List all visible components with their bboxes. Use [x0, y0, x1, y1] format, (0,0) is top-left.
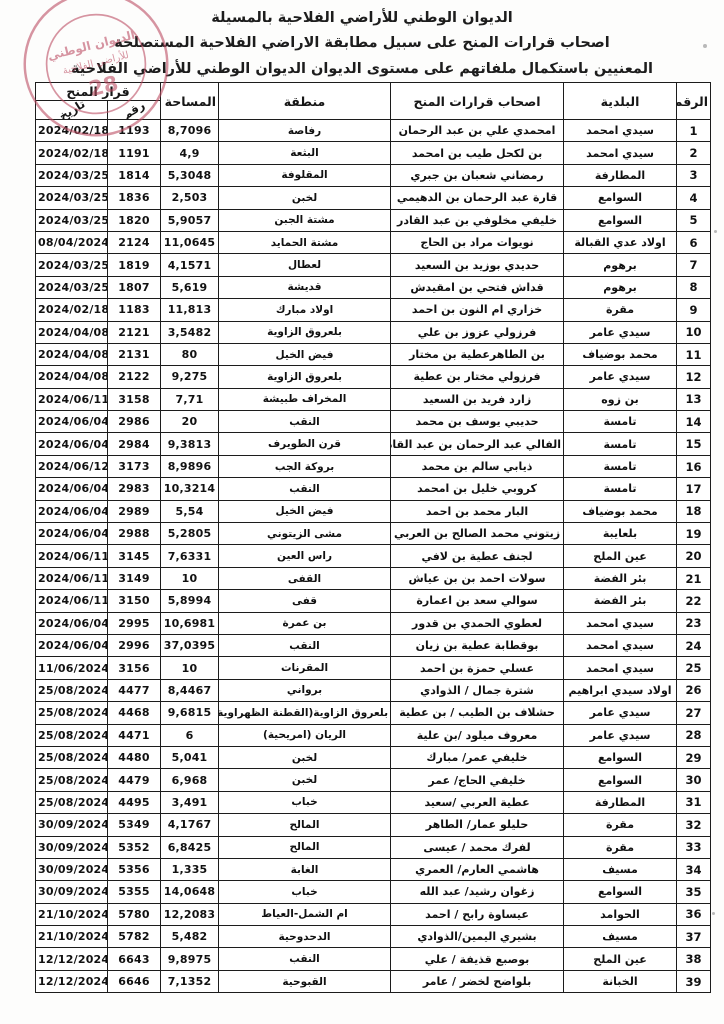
cell-decision-date: 2024/06/11 [36, 567, 108, 589]
cell-decision-date: 30/09/2024 [36, 881, 108, 903]
cell-decision-number: 1193 [108, 120, 161, 142]
table-row: 24سيدي امحمدبوقطابة عطية بن زيانالنقب37,… [36, 634, 711, 656]
cell-decision-number: 5355 [108, 881, 161, 903]
cell-municipality: تامسة [564, 455, 677, 477]
cell-owner-name: عيساوة رابح / احمد [391, 903, 564, 925]
cell-decision-number: 5782 [108, 926, 161, 948]
scan-speckle [703, 44, 707, 48]
cell-zone: اولاد مبارك [219, 299, 391, 321]
cell-area-ha: 5,3048 [161, 164, 219, 186]
cell-owner-name: خزاري ام النون بن احمد [391, 299, 564, 321]
cell-decision-date: 2024/03/25 [36, 276, 108, 298]
cell-row-number: 18 [677, 500, 711, 522]
table-row: 25سيدي امحمدعسلي حمزة بن احمدالمقرنات103… [36, 657, 711, 679]
cell-zone: برواني [219, 679, 391, 701]
cell-municipality: سيدي عامر [564, 366, 677, 388]
cell-municipality: السوامع [564, 187, 677, 209]
cell-decision-date: 21/10/2024 [36, 926, 108, 948]
cell-owner-name: بشيري اليمين/الذوادي [391, 926, 564, 948]
table-row: 27سيدي عامرحشلاف بن الطيب / بن عطيةبلعرو… [36, 702, 711, 724]
grant-decisions-table: الرقم البلدية اصحاب قرارات المنح منطقة ا… [35, 82, 711, 993]
cell-decision-date: 2024/04/08 [36, 343, 108, 365]
cell-row-number: 13 [677, 388, 711, 410]
cell-area-ha: 5,8994 [161, 590, 219, 612]
table-row: 36الحوامدعيساوة رابح / احمدام الشمل-العي… [36, 903, 711, 925]
cell-zone: مشى الزيتوني [219, 523, 391, 545]
title-subject: اصحاب قرارات المنح على سبيل مطابقة الارا… [0, 31, 724, 56]
cell-row-number: 6 [677, 231, 711, 253]
cell-owner-name: بلواضح لخضر / عامر [391, 970, 564, 992]
cell-zone: لخبن [219, 746, 391, 768]
cell-decision-number: 5349 [108, 814, 161, 836]
cell-municipality: بلعايبة [564, 523, 677, 545]
table-row: 28سيدي عامرمعروف ميلود /بن عليةالريان (ا… [36, 724, 711, 746]
cell-row-number: 9 [677, 299, 711, 321]
cell-decision-date: 25/08/2024 [36, 791, 108, 813]
table-row: 22بئر الفضةسوالي سعد بن اعمارةقفى5,89943… [36, 590, 711, 612]
table-row: 2سيدي امحمدبن لكحل طيب بن امحمدالبثعة4,9… [36, 142, 711, 164]
cell-decision-number: 3156 [108, 657, 161, 679]
cell-zone: قفى [219, 590, 391, 612]
cell-area-ha: 5,482 [161, 926, 219, 948]
table-row: 39الخبانةبلواضح لخضر / عامرالقبوحية7,135… [36, 970, 711, 992]
cell-municipality: سيدي عامر [564, 724, 677, 746]
cell-row-number: 17 [677, 478, 711, 500]
cell-zone: قديشة [219, 276, 391, 298]
cell-owner-name: الفالي عبد الرحمان بن عبد القادر [391, 433, 564, 455]
cell-zone: بن عمرة [219, 612, 391, 634]
cell-area-ha: 10 [161, 657, 219, 679]
cell-row-number: 34 [677, 858, 711, 880]
cell-row-number: 24 [677, 634, 711, 656]
cell-municipality: المطارفة [564, 791, 677, 813]
col-header-decision-number: رقم [108, 101, 161, 120]
cell-area-ha: 9,3813 [161, 433, 219, 455]
cell-row-number: 39 [677, 970, 711, 992]
cell-decision-number: 3173 [108, 455, 161, 477]
cell-zone: المخراف طبيشة [219, 388, 391, 410]
cell-decision-date: 2024/04/08 [36, 366, 108, 388]
cell-area-ha: 6 [161, 724, 219, 746]
table-row: 14تامسةحديبي يوسف بن محمدالنقب2029862024… [36, 411, 711, 433]
cell-municipality: السوامع [564, 746, 677, 768]
cell-owner-name: لجنف عطية بن لافي [391, 545, 564, 567]
title-note: المعنيين باستكمال ملفاتهم على مستوى الدي… [0, 57, 724, 82]
cell-area-ha: 5,041 [161, 746, 219, 768]
cell-decision-number: 1183 [108, 299, 161, 321]
cell-decision-date: 2024/06/04 [36, 634, 108, 656]
table-row: 12سيدي عامرفرزولي مختار بن عطيةبلعروق ال… [36, 366, 711, 388]
cell-municipality: مقرة [564, 814, 677, 836]
table-row: 34مسيفهاشمي العارم/ العمريالغابة1,335535… [36, 858, 711, 880]
cell-municipality: المطارفة [564, 164, 677, 186]
cell-decision-number: 2995 [108, 612, 161, 634]
cell-municipality: عين الملح [564, 948, 677, 970]
cell-decision-date: 12/12/2024 [36, 970, 108, 992]
cell-row-number: 8 [677, 276, 711, 298]
cell-decision-number: 3145 [108, 545, 161, 567]
col-header-area: المساحة هـ [161, 83, 219, 120]
cell-area-ha: 10,3214 [161, 478, 219, 500]
cell-municipality: السوامع [564, 881, 677, 903]
cell-municipality: مقرة [564, 299, 677, 321]
cell-area-ha: 11,0645 [161, 231, 219, 253]
cell-row-number: 5 [677, 209, 711, 231]
table-row: 35السوامعزغوان رشيد/ عبد اللهخباب14,0648… [36, 881, 711, 903]
table-row: 5السوامعخليفي مخلوفي بن عبد القادرمشتة ا… [36, 209, 711, 231]
table-row: 37مسيفبشيري اليمين/الذواديالدحدوحية5,482… [36, 926, 711, 948]
cell-decision-date: 2024/02/18 [36, 120, 108, 142]
table-row: 17تامسةكروبي خليل بن امحمدالنقب10,321429… [36, 478, 711, 500]
cell-decision-date: 25/08/2024 [36, 724, 108, 746]
cell-row-number: 19 [677, 523, 711, 545]
cell-row-number: 14 [677, 411, 711, 433]
table-body: 1سيدي امحمدامحمدي علي بن عبد الرحمانرفاص… [36, 120, 711, 993]
cell-area-ha: 9,275 [161, 366, 219, 388]
cell-municipality: عين الملح [564, 545, 677, 567]
cell-area-ha: 3,491 [161, 791, 219, 813]
cell-municipality: سيدي امحمد [564, 120, 677, 142]
cell-area-ha: 6,8425 [161, 836, 219, 858]
cell-area-ha: 6,968 [161, 769, 219, 791]
cell-decision-number: 6646 [108, 970, 161, 992]
cell-row-number: 10 [677, 321, 711, 343]
cell-zone: فيض الخيل [219, 500, 391, 522]
cell-owner-name: بوقطابة عطية بن زيان [391, 634, 564, 656]
cell-zone: المقلوفة [219, 164, 391, 186]
cell-municipality: سيدي امحمد [564, 657, 677, 679]
cell-area-ha: 5,54 [161, 500, 219, 522]
cell-decision-number: 3158 [108, 388, 161, 410]
table-row: 16تامسةذيابي سالم بن محمدبروكة الجب8,989… [36, 455, 711, 477]
cell-zone: لخبن [219, 187, 391, 209]
table-row: 33مقرةلفرك محمد / عيسىالمالح6,8425535230… [36, 836, 711, 858]
cell-decision-date: 2024/06/04 [36, 612, 108, 634]
col-header-owners: اصحاب قرارات المنح [391, 83, 564, 120]
cell-decision-number: 2131 [108, 343, 161, 365]
cell-owner-name: حديبي يوسف بن محمد [391, 411, 564, 433]
cell-zone: لخبن [219, 769, 391, 791]
cell-decision-date: 2024/03/25 [36, 254, 108, 276]
cell-decision-number: 4480 [108, 746, 161, 768]
cell-decision-number: 5352 [108, 836, 161, 858]
cell-decision-number: 2984 [108, 433, 161, 455]
cell-decision-date: 25/08/2024 [36, 679, 108, 701]
cell-decision-date: 2024/06/04 [36, 411, 108, 433]
col-header-decision-group: قرار المنح [36, 83, 161, 101]
cell-area-ha: 3,5482 [161, 321, 219, 343]
cell-decision-date: 2024/06/04 [36, 500, 108, 522]
cell-decision-date: 2024/03/25 [36, 209, 108, 231]
cell-municipality: برهوم [564, 254, 677, 276]
cell-row-number: 30 [677, 769, 711, 791]
cell-decision-number: 3150 [108, 590, 161, 612]
cell-municipality: تامسة [564, 433, 677, 455]
cell-municipality: سيدي امحمد [564, 142, 677, 164]
cell-owner-name: نويوات مراد بن الحاج [391, 231, 564, 253]
cell-area-ha: 80 [161, 343, 219, 365]
table-row: 10سيدي عامرفرزولي عزوز بن عليبلعروق الزا… [36, 321, 711, 343]
cell-area-ha: 9,8975 [161, 948, 219, 970]
cell-area-ha: 4,1571 [161, 254, 219, 276]
cell-zone: القفى [219, 567, 391, 589]
cell-decision-date: 2024/06/04 [36, 478, 108, 500]
cell-owner-name: امحمدي علي بن عبد الرحمان [391, 120, 564, 142]
cell-area-ha: 10 [161, 567, 219, 589]
cell-decision-date: 21/10/2024 [36, 903, 108, 925]
cell-decision-date: 08/04/2024 [36, 231, 108, 253]
cell-owner-name: بن لكحل طيب بن امحمد [391, 142, 564, 164]
cell-owner-name: ذيابي سالم بن محمد [391, 455, 564, 477]
cell-decision-date: 25/08/2024 [36, 746, 108, 768]
cell-decision-number: 2124 [108, 231, 161, 253]
col-header-zone: منطقة [219, 83, 391, 120]
cell-decision-date: 2024/03/25 [36, 187, 108, 209]
cell-decision-number: 2122 [108, 366, 161, 388]
cell-decision-date: 2024/06/11 [36, 545, 108, 567]
cell-owner-name: حديدي بوزيد بن السعيد [391, 254, 564, 276]
cell-decision-number: 2121 [108, 321, 161, 343]
cell-decision-date: 2024/06/04 [36, 523, 108, 545]
cell-municipality: بئر الفضة [564, 590, 677, 612]
cell-row-number: 38 [677, 948, 711, 970]
cell-municipality: بئر الفضة [564, 567, 677, 589]
table-row: 3المطارفةرمضاني شعبان بن جبريالمقلوفة5,3… [36, 164, 711, 186]
cell-decision-number: 4468 [108, 702, 161, 724]
cell-decision-date: 30/09/2024 [36, 814, 108, 836]
cell-zone: ام الشمل-العياط [219, 903, 391, 925]
cell-area-ha: 8,4467 [161, 679, 219, 701]
cell-decision-number: 4471 [108, 724, 161, 746]
cell-row-number: 35 [677, 881, 711, 903]
cell-decision-number: 2996 [108, 634, 161, 656]
cell-row-number: 31 [677, 791, 711, 813]
cell-owner-name: خليفي الحاج/ عمر [391, 769, 564, 791]
cell-owner-name: خليفي عمر/ مبارك [391, 746, 564, 768]
cell-decision-date: 2024/06/04 [36, 433, 108, 455]
cell-zone: بلعروق الزاوية [219, 321, 391, 343]
cell-owner-name: بن الطاهرعطية بن مختار [391, 343, 564, 365]
cell-area-ha: 8,7096 [161, 120, 219, 142]
cell-owner-name: زغوان رشيد/ عبد الله [391, 881, 564, 903]
cell-area-ha: 4,1767 [161, 814, 219, 836]
cell-owner-name: فرزولي مختار بن عطية [391, 366, 564, 388]
cell-row-number: 32 [677, 814, 711, 836]
table-row: 1سيدي امحمدامحمدي علي بن عبد الرحمانرفاص… [36, 120, 711, 142]
cell-owner-name: قارة عبد الرحمان بن الدهيمي [391, 187, 564, 209]
cell-zone: قرن الطويرف [219, 433, 391, 455]
table-row: 20عين الملحلجنف عطية بن لافيراس العين7,6… [36, 545, 711, 567]
cell-area-ha: 5,9057 [161, 209, 219, 231]
table-row: 26اولاد سيدي ابراهيمشترة جمال / الذواديب… [36, 679, 711, 701]
cell-decision-number: 4495 [108, 791, 161, 813]
cell-area-ha: 4,9 [161, 142, 219, 164]
cell-zone: النقب [219, 478, 391, 500]
cell-owner-name: كروبي خليل بن امحمد [391, 478, 564, 500]
table-row: 4السوامعقارة عبد الرحمان بن الدهيميلخبن2… [36, 187, 711, 209]
col-header-decision-date: تاريخ [36, 101, 108, 120]
cell-area-ha: 5,2805 [161, 523, 219, 545]
cell-owner-name: لفرك محمد / عيسى [391, 836, 564, 858]
cell-row-number: 7 [677, 254, 711, 276]
cell-zone: الريان (امريحية) [219, 724, 391, 746]
cell-decision-number: 1820 [108, 209, 161, 231]
scan-speckle [712, 912, 715, 915]
cell-area-ha: 12,2083 [161, 903, 219, 925]
cell-owner-name: قداش فتحي بن امقيدش [391, 276, 564, 298]
cell-municipality: محمد بوضياف [564, 343, 677, 365]
cell-municipality: محمد بوضياف [564, 500, 677, 522]
table-row: 9مقرةخزاري ام النون بن احمداولاد مبارك11… [36, 299, 711, 321]
cell-decision-date: 2024/06/11 [36, 388, 108, 410]
cell-area-ha: 7,1352 [161, 970, 219, 992]
cell-row-number: 28 [677, 724, 711, 746]
cell-area-ha: 14,0648 [161, 881, 219, 903]
table-row: 15تامسةالفالي عبد الرحمان بن عبد القادرق… [36, 433, 711, 455]
cell-zone: الدحدوحية [219, 926, 391, 948]
cell-municipality: اولاد عدي القبالة [564, 231, 677, 253]
scan-speckle [714, 230, 717, 233]
cell-municipality: مسيف [564, 926, 677, 948]
cell-municipality: سيدي عامر [564, 321, 677, 343]
table-row: 21بئر الفضةسولات احمد بن بن عياشالقفى103… [36, 567, 711, 589]
cell-area-ha: 5,619 [161, 276, 219, 298]
cell-municipality: اولاد سيدي ابراهيم [564, 679, 677, 701]
table-row: 11محمد بوضيافبن الطاهرعطية بن مختارفيض ا… [36, 343, 711, 365]
cell-decision-date: 25/08/2024 [36, 769, 108, 791]
cell-area-ha: 20 [161, 411, 219, 433]
table-row: 7برهومحديدي بوزيد بن السعيدلعطال4,157118… [36, 254, 711, 276]
cell-zone: النقب [219, 634, 391, 656]
cell-zone: راس العين [219, 545, 391, 567]
cell-owner-name: رمضاني شعبان بن جبري [391, 164, 564, 186]
cell-area-ha: 11,813 [161, 299, 219, 321]
table-row: 6اولاد عدي القبالةنويوات مراد بن الحاجمش… [36, 231, 711, 253]
cell-row-number: 26 [677, 679, 711, 701]
scanned-document-page: { "page": { "title_line1": "الديوان الوط… [0, 0, 724, 1024]
cell-owner-name: معروف ميلود /بن علية [391, 724, 564, 746]
cell-row-number: 11 [677, 343, 711, 365]
cell-zone: النقب [219, 411, 391, 433]
cell-decision-date: 30/09/2024 [36, 836, 108, 858]
cell-decision-date: 2024/06/11 [36, 590, 108, 612]
cell-row-number: 21 [677, 567, 711, 589]
cell-zone: خباب [219, 791, 391, 813]
cell-owner-name: سوالي سعد بن اعمارة [391, 590, 564, 612]
cell-municipality: برهوم [564, 276, 677, 298]
cell-area-ha: 7,6331 [161, 545, 219, 567]
table-row: 8برهومقداش فتحي بن امقيدشقديشة5,61918072… [36, 276, 711, 298]
cell-decision-date: 2024/04/08 [36, 321, 108, 343]
table-row: 31المطارفةعطية العربي /سعيدخباب3,4914495… [36, 791, 711, 813]
cell-zone: بلعروق الزاوية [219, 366, 391, 388]
cell-municipality: مسيف [564, 858, 677, 880]
cell-owner-name: عسلي حمزة بن احمد [391, 657, 564, 679]
cell-row-number: 27 [677, 702, 711, 724]
cell-owner-name: هاشمي العارم/ العمري [391, 858, 564, 880]
table-row: 29السوامعخليفي عمر/ مباركلخبن5,041448025… [36, 746, 711, 768]
cell-decision-number: 2986 [108, 411, 161, 433]
cell-area-ha: 10,6981 [161, 612, 219, 634]
cell-owner-name: عطية العربي /سعيد [391, 791, 564, 813]
cell-municipality: مقرة [564, 836, 677, 858]
table-row: 19بلعايبةزيتوني محمد الصالح بن العربيمشى… [36, 523, 711, 545]
cell-decision-number: 5356 [108, 858, 161, 880]
cell-municipality: السوامع [564, 769, 677, 791]
cell-zone: الغابة [219, 858, 391, 880]
cell-decision-number: 4479 [108, 769, 161, 791]
cell-decision-number: 1819 [108, 254, 161, 276]
cell-row-number: 20 [677, 545, 711, 567]
cell-row-number: 15 [677, 433, 711, 455]
cell-zone: خباب [219, 881, 391, 903]
cell-zone: المالح [219, 836, 391, 858]
cell-owner-name: بوصبع قذيفة / علي [391, 948, 564, 970]
cell-area-ha: 1,335 [161, 858, 219, 880]
cell-decision-number: 2983 [108, 478, 161, 500]
cell-decision-date: 2024/03/25 [36, 164, 108, 186]
table-row: 32مقرةحليلو عمار/ الطاهرالمالح4,17675349… [36, 814, 711, 836]
cell-municipality: تامسة [564, 411, 677, 433]
cell-decision-number: 5780 [108, 903, 161, 925]
cell-decision-number: 4477 [108, 679, 161, 701]
cell-row-number: 12 [677, 366, 711, 388]
cell-owner-name: فرزولي عزوز بن علي [391, 321, 564, 343]
cell-zone: مشتة الحمايد [219, 231, 391, 253]
cell-decision-number: 2988 [108, 523, 161, 545]
col-header-row-number: الرقم [677, 83, 711, 120]
cell-owner-name: البار محمد بن احمد [391, 500, 564, 522]
cell-row-number: 16 [677, 455, 711, 477]
cell-owner-name: لعطوي الحمدي بن قدور [391, 612, 564, 634]
cell-owner-name: زيتوني محمد الصالح بن العربي [391, 523, 564, 545]
cell-row-number: 33 [677, 836, 711, 858]
cell-area-ha: 2,503 [161, 187, 219, 209]
cell-row-number: 1 [677, 120, 711, 142]
cell-zone: رفاصة [219, 120, 391, 142]
cell-area-ha: 7,71 [161, 388, 219, 410]
cell-owner-name: خليفي مخلوفي بن عبد القادر [391, 209, 564, 231]
cell-decision-number: 2989 [108, 500, 161, 522]
title-office: الديوان الوطني للأراضي الفلاحية بالمسيلة [0, 6, 724, 31]
document-header: الديوان الوطني للأراضي الفلاحية بالمسيلة… [0, 6, 724, 82]
cell-decision-date: 25/08/2024 [36, 702, 108, 724]
cell-municipality: الحوامد [564, 903, 677, 925]
cell-owner-name: سولات احمد بن بن عياش [391, 567, 564, 589]
cell-owner-name: حشلاف بن الطيب / بن عطية [391, 702, 564, 724]
cell-row-number: 36 [677, 903, 711, 925]
cell-decision-number: 6643 [108, 948, 161, 970]
cell-decision-date: 12/12/2024 [36, 948, 108, 970]
cell-row-number: 29 [677, 746, 711, 768]
table-row: 38عين الملحبوصبع قذيفة / عليالنقب9,89756… [36, 948, 711, 970]
col-header-municipality: البلدية [564, 83, 677, 120]
cell-decision-number: 1191 [108, 142, 161, 164]
cell-area-ha: 9,6815 [161, 702, 219, 724]
cell-row-number: 25 [677, 657, 711, 679]
cell-zone: بروكة الجب [219, 455, 391, 477]
cell-municipality: سيدي عامر [564, 702, 677, 724]
cell-municipality: الخبانة [564, 970, 677, 992]
cell-owner-name: زارد فريد بن السعيد [391, 388, 564, 410]
cell-municipality: بن زوه [564, 388, 677, 410]
cell-area-ha: 37,0395 [161, 634, 219, 656]
cell-row-number: 4 [677, 187, 711, 209]
cell-row-number: 2 [677, 142, 711, 164]
cell-row-number: 23 [677, 612, 711, 634]
cell-decision-date: 2024/02/18 [36, 299, 108, 321]
cell-zone: بلعروق الزاوية(القطنة الظهراوية) [219, 702, 391, 724]
